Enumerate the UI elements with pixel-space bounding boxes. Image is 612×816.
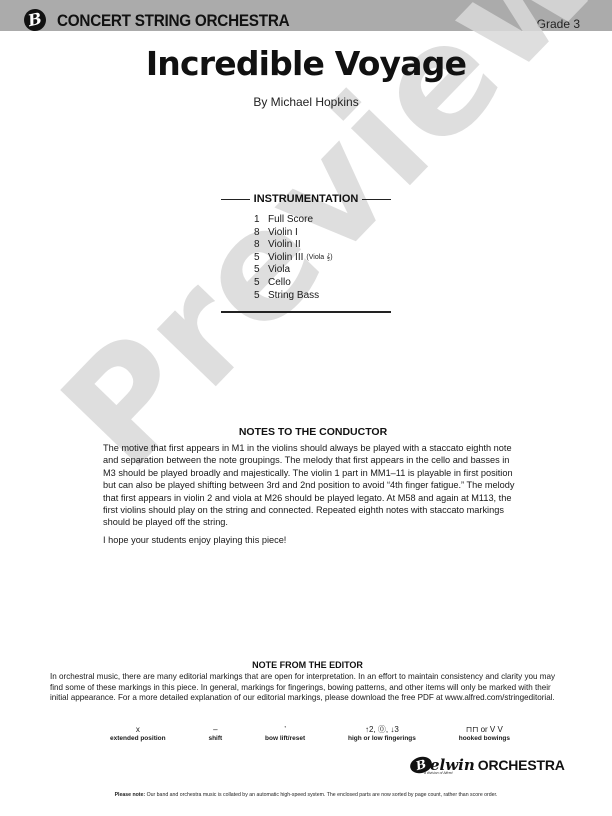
instrument-qty: 5 bbox=[254, 277, 268, 290]
instrument-name: Violin II bbox=[268, 239, 301, 252]
instrument-note: (Viola 𝄞) bbox=[306, 252, 332, 265]
belwin-orchestra-logo: B elwin ORCHESTRA a division of Alfred bbox=[410, 756, 565, 774]
instrumentation-block: INSTRUMENTATION 1Full Score8Violin I8Vio… bbox=[221, 193, 391, 313]
symbol-label: shift bbox=[208, 735, 222, 742]
editorial-symbol: xextended position bbox=[110, 725, 166, 742]
instrument-qty: 5 bbox=[254, 264, 268, 277]
symbol-glyph-icon: – bbox=[208, 725, 222, 735]
piece-title: Incredible Voyage bbox=[0, 44, 612, 83]
instrument-name: Violin III bbox=[268, 252, 303, 265]
instrumentation-heading: INSTRUMENTATION bbox=[221, 193, 391, 205]
instrument-item: 1Full Score bbox=[254, 214, 391, 227]
instrument-qty: 5 bbox=[254, 252, 268, 265]
symbol-glyph-icon: ⊓⊓ or V V bbox=[459, 725, 510, 735]
instrument-name: Violin I bbox=[268, 227, 298, 240]
symbol-glyph-icon: ↑2, ⓪, ↓3 bbox=[348, 725, 416, 735]
instrument-item: 5Cello bbox=[254, 277, 391, 290]
divider bbox=[362, 199, 391, 200]
instrument-name: String Bass bbox=[268, 290, 319, 303]
instrument-qty: 5 bbox=[254, 290, 268, 303]
conductor-notes-closing: I hope your students enjoy playing this … bbox=[103, 534, 523, 546]
conductor-notes-heading: NOTES TO THE CONDUCTOR bbox=[103, 426, 523, 438]
editorial-symbols-legend: xextended position–shift’bow lift/reset↑… bbox=[110, 725, 510, 742]
footnote-lead: Please note: bbox=[115, 792, 146, 798]
symbol-glyph-icon: ’ bbox=[265, 725, 305, 735]
instrumentation-heading-text: INSTRUMENTATION bbox=[254, 193, 359, 205]
instrument-item: 5Violin III(Viola 𝄞) bbox=[254, 252, 391, 265]
editorial-symbol: ’bow lift/reset bbox=[265, 725, 305, 742]
editor-note: NOTE FROM THE EDITOR In orchestral music… bbox=[50, 660, 565, 704]
instrument-item: 5Viola bbox=[254, 264, 391, 277]
editorial-symbol: ↑2, ⓪, ↓3high or low fingerings bbox=[348, 725, 416, 742]
instrument-name: Full Score bbox=[268, 214, 313, 227]
divider bbox=[221, 199, 250, 200]
symbol-label: extended position bbox=[110, 735, 166, 742]
instrument-qty: 8 bbox=[254, 227, 268, 240]
composer-byline: By Michael Hopkins bbox=[0, 95, 612, 109]
belwin-subtitle: a division of Alfred bbox=[424, 771, 452, 775]
symbol-label: bow lift/reset bbox=[265, 735, 305, 742]
editor-note-text: In orchestral music, there are many edit… bbox=[50, 672, 565, 704]
symbol-label: hooked bowings bbox=[459, 735, 510, 742]
instrument-name: Viola bbox=[268, 264, 290, 277]
editorial-symbol: ⊓⊓ or V Vhooked bowings bbox=[459, 725, 510, 742]
divider bbox=[221, 311, 391, 313]
instrument-qty: 8 bbox=[254, 239, 268, 252]
footnote-text: Our band and orchestra music is collated… bbox=[145, 792, 497, 798]
instrument-item: 5String Bass bbox=[254, 290, 391, 303]
instrumentation-list: 1Full Score8Violin I8Violin II5Violin II… bbox=[254, 214, 391, 302]
instrument-name: Cello bbox=[268, 277, 291, 290]
symbol-glyph-icon: x bbox=[110, 725, 166, 735]
editor-note-heading: NOTE FROM THE EDITOR bbox=[50, 660, 565, 670]
editorial-symbol: –shift bbox=[208, 725, 222, 742]
instrument-item: 8Violin II bbox=[254, 239, 391, 252]
conductor-notes-paragraph: The motive that first appears in M1 in t… bbox=[103, 442, 523, 529]
symbol-label: high or low fingerings bbox=[348, 735, 416, 742]
grade-label: Grade 3 bbox=[537, 17, 580, 31]
conductor-notes: NOTES TO THE CONDUCTOR The motive that f… bbox=[103, 426, 523, 551]
series-title: CONCERT STRING ORCHESTRA bbox=[57, 11, 289, 31]
belwin-orchestra-word: ORCHESTRA bbox=[478, 757, 565, 773]
instrument-qty: 1 bbox=[254, 214, 268, 227]
instrument-item: 8Violin I bbox=[254, 227, 391, 240]
collation-footnote: Please note: Our band and orchestra musi… bbox=[0, 792, 612, 798]
